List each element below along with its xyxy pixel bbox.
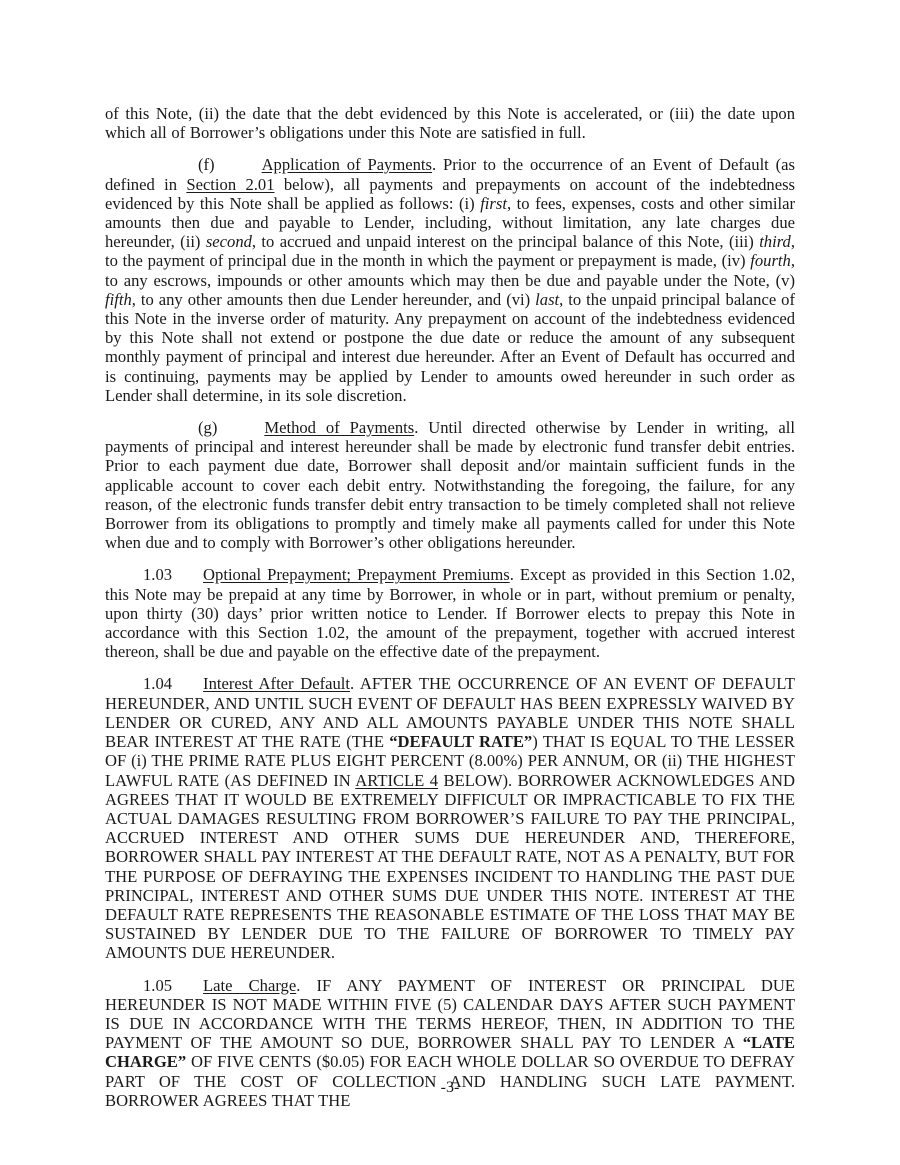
- section-number: 1.05: [143, 976, 172, 995]
- clause-letter: (g): [198, 418, 217, 437]
- ordinal-first: first: [480, 194, 507, 213]
- paragraph-continuation-text: of this Note, (ii) the date that the deb…: [105, 104, 795, 142]
- heading-late-charge: Late Charge: [203, 976, 296, 995]
- clause-letter: (f): [198, 155, 215, 174]
- body-text: , to accrued and unpaid interest on the …: [252, 232, 759, 251]
- document-body: of this Note, (ii) the date that the deb…: [105, 104, 795, 1123]
- tab-space: [172, 688, 203, 689]
- body-text: . Until directed otherwise by Lender in …: [105, 418, 795, 552]
- page-number: -3-: [0, 1079, 900, 1097]
- heading-method-of-payments: Method of Payments: [264, 418, 414, 437]
- ordinal-fourth: fourth: [750, 251, 791, 270]
- defined-term-default-rate: “DEFAULT RATE”: [389, 732, 532, 751]
- ordinal-fifth: fifth: [105, 290, 132, 309]
- tab-space: [217, 432, 264, 433]
- paragraph-section-1-04-interest-after-default: 1.04Interest After Default. AFTER THE OC…: [105, 674, 795, 962]
- ordinal-second: second: [206, 232, 252, 251]
- ordinal-third: third: [759, 232, 791, 251]
- tab-space: [172, 990, 203, 991]
- paragraph-clause-g-method-of-payments: (g)Method of Payments. Until directed ot…: [105, 418, 795, 552]
- ordinal-last: last: [535, 290, 559, 309]
- body-text: BELOW). BORROWER ACKNOWLEDGES AND AGREES…: [105, 771, 795, 963]
- paragraph-section-1-03-optional-prepayment: 1.03Optional Prepayment; Prepayment Prem…: [105, 565, 795, 661]
- body-text: of this Note, (ii) the date that the deb…: [105, 104, 795, 142]
- tab-space: [215, 169, 262, 170]
- section-number: 1.04: [143, 674, 172, 693]
- xref-section-2-01: Section 2.01: [186, 175, 274, 194]
- document-page: of this Note, (ii) the date that the deb…: [0, 0, 900, 1165]
- section-number: 1.03: [143, 565, 172, 584]
- heading-application-of-payments: Application of Payments: [262, 155, 432, 174]
- heading-interest-after-default: Interest After Default: [203, 674, 350, 693]
- body-text: , to any other amounts then due Lender h…: [132, 290, 535, 309]
- xref-article-4: ARTICLE 4: [355, 771, 438, 790]
- paragraph-clause-f-application-of-payments: (f)Application of Payments. Prior to the…: [105, 155, 795, 405]
- tab-space: [172, 579, 203, 580]
- heading-optional-prepayment: Optional Prepayment; Prepayment Premiums: [203, 565, 510, 584]
